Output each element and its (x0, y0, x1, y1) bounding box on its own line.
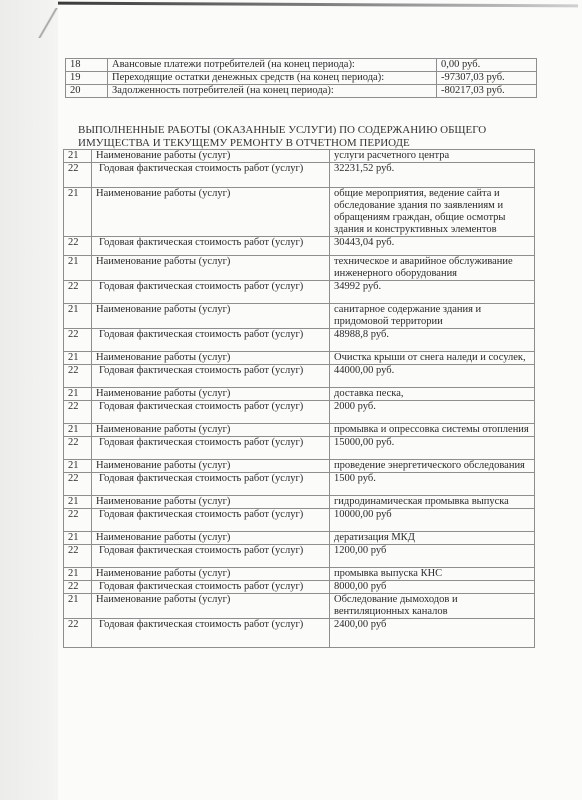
summary-row: 18Авансовые платежи потребителей (на кон… (66, 59, 537, 72)
work-cost-row: 22Годовая фактическая стоимость работ (у… (64, 237, 535, 256)
row-number: 22 (64, 329, 92, 352)
work-name-row: 21Наименование работы (услуг)дератизация… (64, 532, 535, 545)
work-name-row: 21Наименование работы (услуг)промывка вы… (64, 568, 535, 581)
row-number: 21 (64, 594, 92, 619)
work-cost: 10000,00 руб (330, 509, 535, 532)
row-number: 18 (66, 59, 108, 72)
work-cost: 30443,04 руб. (330, 237, 535, 256)
row-value: -97307,03 руб. (437, 72, 537, 85)
row-number: 22 (64, 545, 92, 568)
row-number: 22 (64, 581, 92, 594)
row-label: Наименование работы (услуг) (92, 496, 330, 509)
work-cost-row: 22Годовая фактическая стоимость работ (у… (64, 509, 535, 532)
row-label: Наименование работы (услуг) (92, 188, 330, 237)
row-label: Годовая фактическая стоимость работ (усл… (92, 437, 330, 460)
row-number: 22 (64, 163, 92, 188)
work-cost: 2000 руб. (330, 401, 535, 424)
row-number: 19 (66, 72, 108, 85)
row-label: Годовая фактическая стоимость работ (усл… (92, 365, 330, 388)
summary-row: 19Переходящие остатки денежных средств (… (66, 72, 537, 85)
work-cost: 32231,52 руб. (330, 163, 535, 188)
work-name: промывка и опрессовка системы отопления (330, 424, 535, 437)
row-number: 22 (64, 437, 92, 460)
work-cost-row: 22Годовая фактическая стоимость работ (у… (64, 581, 535, 594)
section-heading-line1: ВЫПОЛНЕННЫЕ РАБОТЫ (ОКАЗАННЫЕ УСЛУГИ) ПО… (78, 124, 538, 137)
scan-top-edge (58, 2, 578, 8)
work-cost: 44000,00 руб. (330, 365, 535, 388)
row-number: 22 (64, 619, 92, 648)
row-label: Годовая фактическая стоимость работ (усл… (92, 473, 330, 496)
row-label: Наименование работы (услуг) (92, 424, 330, 437)
work-name-row: 21Наименование работы (услуг)промывка и … (64, 424, 535, 437)
work-cost: 15000,00 руб. (330, 437, 535, 460)
works-table: 21Наименование работы (услуг)услуги расч… (63, 149, 535, 648)
row-label: Годовая фактическая стоимость работ (усл… (92, 401, 330, 424)
work-name-row: 21Наименование работы (услуг)доставка пе… (64, 388, 535, 401)
row-number: 22 (64, 509, 92, 532)
row-number: 22 (64, 365, 92, 388)
summary-row: 20Задолженность потребителей (на конец п… (66, 85, 537, 98)
work-cost-row: 22Годовая фактическая стоимость работ (у… (64, 619, 535, 648)
row-number: 21 (64, 352, 92, 365)
row-label: Годовая фактическая стоимость работ (усл… (92, 509, 330, 532)
work-name: проведение энергетического обследования (330, 460, 535, 473)
row-number: 22 (64, 401, 92, 424)
row-number: 21 (64, 188, 92, 237)
row-label: Годовая фактическая стоимость работ (усл… (92, 329, 330, 352)
work-name-row: 21Наименование работы (услуг)гидродинами… (64, 496, 535, 509)
row-number: 21 (64, 568, 92, 581)
row-number: 21 (64, 532, 92, 545)
row-value: 0,00 руб. (437, 59, 537, 72)
row-number: 21 (64, 150, 92, 163)
row-number: 21 (64, 460, 92, 473)
row-label: Авансовые платежи потребителей (на конец… (108, 59, 437, 72)
work-cost-row: 22Годовая фактическая стоимость работ (у… (64, 545, 535, 568)
row-label: Годовая фактическая стоимость работ (усл… (92, 163, 330, 188)
row-number: 21 (64, 388, 92, 401)
row-label: Наименование работы (услуг) (92, 150, 330, 163)
work-name-row: 21Наименование работы (услуг)санитарное … (64, 304, 535, 329)
row-label: Переходящие остатки денежных средств (на… (108, 72, 437, 85)
work-cost-row: 22Годовая фактическая стоимость работ (у… (64, 401, 535, 424)
work-cost: 8000,00 руб (330, 581, 535, 594)
work-name: Обследование дымоходов и вентиляционных … (330, 594, 535, 619)
row-number: 21 (64, 304, 92, 329)
row-number: 22 (64, 281, 92, 304)
work-cost: 1200,00 руб (330, 545, 535, 568)
row-label: Годовая фактическая стоимость работ (усл… (92, 237, 330, 256)
work-name-row: 21Наименование работы (услуг)проведение … (64, 460, 535, 473)
row-label: Задолженность потребителей (на конец пер… (108, 85, 437, 98)
section-heading-line2: ИМУЩЕСТВА И ТЕКУЩЕМУ РЕМОНТУ В ОТЧЕТНОМ … (78, 137, 538, 150)
row-label: Годовая фактическая стоимость работ (усл… (92, 581, 330, 594)
work-name-row: 21Наименование работы (услуг)Очистка кры… (64, 352, 535, 365)
row-number: 20 (66, 85, 108, 98)
row-number: 22 (64, 237, 92, 256)
work-cost-row: 22Годовая фактическая стоимость работ (у… (64, 163, 535, 188)
work-name: общие мероприятия, ведение сайта и обсле… (330, 188, 535, 237)
work-cost-row: 22Годовая фактическая стоимость работ (у… (64, 437, 535, 460)
work-cost: 48988,8 руб. (330, 329, 535, 352)
row-label: Наименование работы (услуг) (92, 460, 330, 473)
work-name: санитарное содержание здания и придомово… (330, 304, 535, 329)
row-number: 21 (64, 256, 92, 281)
row-value: -80217,03 руб. (437, 85, 537, 98)
work-name: услуги расчетного центра (330, 150, 535, 163)
work-cost: 2400,00 руб (330, 619, 535, 648)
scanned-page: 18Авансовые платежи потребителей (на кон… (0, 0, 582, 800)
row-label: Годовая фактическая стоимость работ (усл… (92, 619, 330, 648)
row-label: Наименование работы (услуг) (92, 352, 330, 365)
work-cost-row: 22Годовая фактическая стоимость работ (у… (64, 281, 535, 304)
section-heading: ВЫПОЛНЕННЫЕ РАБОТЫ (ОКАЗАННЫЕ УСЛУГИ) ПО… (78, 124, 538, 149)
work-name-row: 21Наименование работы (услуг)общие мероп… (64, 188, 535, 237)
scan-edge-shadow (0, 0, 58, 800)
row-label: Наименование работы (услуг) (92, 304, 330, 329)
row-label: Наименование работы (услуг) (92, 594, 330, 619)
work-cost: 1500 руб. (330, 473, 535, 496)
work-cost-row: 22Годовая фактическая стоимость работ (у… (64, 365, 535, 388)
row-label: Наименование работы (услуг) (92, 568, 330, 581)
work-name-row: 21Наименование работы (услуг)услуги расч… (64, 150, 535, 163)
work-name: доставка песка, (330, 388, 535, 401)
work-cost-row: 22Годовая фактическая стоимость работ (у… (64, 473, 535, 496)
work-cost: 34992 руб. (330, 281, 535, 304)
work-name: промывка выпуска КНС (330, 568, 535, 581)
row-number: 22 (64, 473, 92, 496)
work-name-row: 21Наименование работы (услуг)Обследовани… (64, 594, 535, 619)
row-label: Наименование работы (услуг) (92, 532, 330, 545)
row-label: Годовая фактическая стоимость работ (усл… (92, 545, 330, 568)
work-name: техническое и аварийное обслуживание инж… (330, 256, 535, 281)
row-label: Годовая фактическая стоимость работ (усл… (92, 281, 330, 304)
work-name: гидродинамическая промывка выпуска (330, 496, 535, 509)
summary-table: 18Авансовые платежи потребителей (на кон… (65, 58, 537, 98)
row-number: 21 (64, 424, 92, 437)
row-number: 21 (64, 496, 92, 509)
work-name: дератизация МКД (330, 532, 535, 545)
row-label: Наименование работы (услуг) (92, 388, 330, 401)
work-name-row: 21Наименование работы (услуг)техническое… (64, 256, 535, 281)
work-name: Очистка крыши от снега наледи и сосулек, (330, 352, 535, 365)
row-label: Наименование работы (услуг) (92, 256, 330, 281)
work-cost-row: 22Годовая фактическая стоимость работ (у… (64, 329, 535, 352)
